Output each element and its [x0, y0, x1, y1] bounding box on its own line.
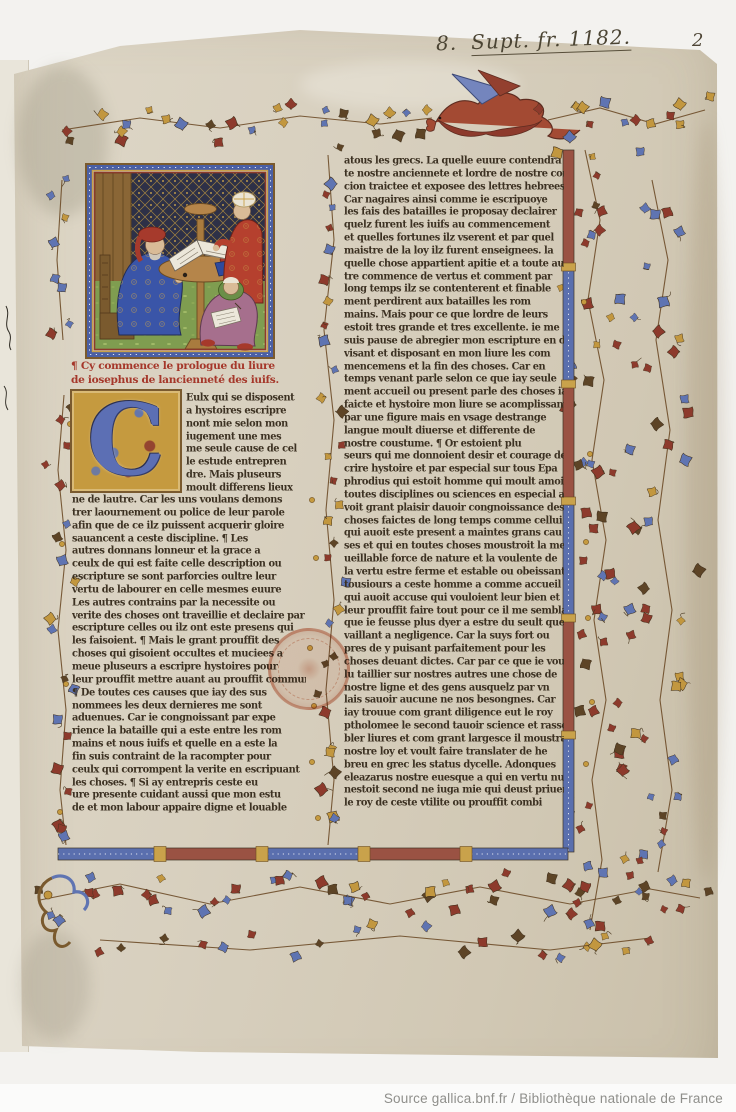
shelfmark-prefix: 8.	[436, 31, 458, 56]
manuscript-text-line: mains. Mais pour ce que lordre de leurs	[344, 309, 564, 322]
manuscript-text-line: fin suis contraint de la racompter pour	[72, 751, 306, 764]
folio-number: 2	[692, 30, 703, 51]
manuscript-text-line: voit grant plaisir dauoir congnoissance …	[344, 502, 564, 515]
manuscript-text-line: verite des choses ont traveillie et decl…	[72, 610, 306, 623]
manuscript-text-line: sauancent a ceste discipline. ¶ Les	[72, 533, 306, 546]
manuscript-text-line: iay trouue com grant diligence eut le ro…	[344, 707, 564, 720]
manuscript-text-line: faicte et hystoire mon liure se acomplis…	[344, 399, 564, 412]
manuscript-text-line: que ie feusse plus dyer a estre du seult…	[344, 617, 564, 630]
manuscript-text-line: ¶ Cy commence le prologue du liure	[71, 360, 311, 374]
manuscript-text-line: aduenues. Car ie congnoissant par expe	[72, 712, 306, 725]
manuscript-text-line: ceulx de qui est faite celle description…	[72, 558, 306, 571]
gallica-caption-bar: Source gallica.bnf.fr / Bibliothèque nat…	[0, 1084, 736, 1112]
manuscript-text-line: bler liures et com grant largesce il mou…	[344, 733, 564, 746]
manuscript-text-line: choses faictes de long temps comme cellu…	[344, 515, 564, 528]
manuscript-text-line: trer laournement ou police de leur parol…	[72, 507, 306, 520]
manuscript-text-line: rience la bataille qui a este entre les …	[72, 725, 306, 738]
manuscript-text-line: suis pause de abregier mon escripture en…	[344, 335, 564, 348]
manuscript-text-line: temps venant parle selon ce que iay seul…	[344, 373, 564, 386]
manuscript-text-line: lu taillier sur nostres autres une chose…	[344, 669, 564, 682]
manuscript-text-line: choses deuant dictes. Car par ce que ie …	[344, 656, 564, 669]
manuscript-text-line: estoit tres grande et tres excellente. i…	[344, 322, 564, 335]
manuscript-text-line: ment accueil ou present parle des choses…	[344, 386, 564, 399]
manuscript-text-line: les fais des batailles ie proposay decla…	[344, 206, 564, 219]
initial-letter: C	[72, 391, 180, 491]
manuscript-text-line: quelle chose appartient apitie et a tout…	[344, 258, 564, 271]
miniature-illustration	[85, 163, 275, 359]
manuscript-text-line: ne de lautre. Car les uns voulans demons	[72, 494, 306, 507]
manuscript-text-line: langue moult diuerse et differente de	[344, 425, 564, 438]
manuscript-text-line: ses et qui en toutes choses moustroit la…	[344, 540, 564, 553]
manuscript-scan: 8.Supt. fr. 1182. 2	[0, 0, 736, 1112]
text-column-right: atous les grecs. La quelle euure contend…	[344, 155, 564, 810]
manuscript-text-line: ¶ De toutes ces causes que iay des sus	[72, 687, 306, 700]
illuminated-initial: C	[70, 389, 182, 493]
manuscript-text-line: breu en grec les status dycelle. Adonque…	[344, 759, 564, 772]
manuscript-text-line: autres donnans lonneur et la grace a	[72, 545, 306, 558]
manuscript-text-line: la vertu estre ferme et estable ou obeis…	[344, 566, 564, 579]
manuscript-text-line: ment perdirent aux batailles les rom	[344, 296, 564, 309]
red-shoe	[201, 339, 215, 346]
manuscript-text-line: nostre loy et voult faire translater de …	[344, 746, 564, 759]
manuscript-text-line: maistre de la loy ilz furent enseignees.…	[344, 245, 564, 258]
manuscript-text-line: te nostre anciennete et lordre de nostre…	[344, 168, 564, 181]
manuscript-text-line: me seule cause de cel	[186, 443, 306, 456]
manuscript-text-line: dre. Mais pluseurs	[186, 469, 306, 482]
manuscript-text-line: cion traictee et exposee des lettres heb…	[344, 181, 564, 194]
manuscript-text-line: long temps ilz se contenterent et finabl…	[344, 283, 564, 296]
manuscript-text-line: vaillant a negligence. Car la suys fort …	[344, 630, 564, 643]
manuscript-text-line: pres de y puisant parfaitement pour les	[344, 643, 564, 656]
source-caption: Source gallica.bnf.fr / Bibliothèque nat…	[384, 1091, 723, 1106]
manuscript-text-line: Les autres contrains par la necessite ou	[72, 597, 306, 610]
manuscript-text-line: de et mon labour appaire digne et louabl…	[72, 802, 306, 815]
manuscript-text-line: nostre coustume. ¶ Or estoient plu	[344, 438, 564, 451]
shelfmark-inscription: 8.Supt. fr. 1182.	[436, 25, 632, 56]
manuscript-text-line: toutes disciplines ou sciences en especi…	[344, 489, 564, 502]
manuscript-text-line: nestoit second ne iuga mie qui deust pri…	[344, 784, 564, 797]
manuscript-text-line: le estude entrepren	[186, 456, 306, 469]
manuscript-text-line: Eulx qui se disposent	[186, 392, 306, 405]
manuscript-text-line: atous les grecs. La quelle euure contend…	[344, 155, 564, 168]
manuscript-text-line: par une figure mais en vsage destrange	[344, 412, 564, 425]
manuscript-text-line: ceulx qui corrompent la verite en escrip…	[72, 764, 306, 777]
manuscript-text-line: nommees les deux dernieres me sont	[72, 700, 306, 713]
manuscript-text-line: seurs qui me donnoient desir et courage …	[344, 450, 564, 463]
manuscript-text-line: le roy de ceste vtilite ou prouffit comb…	[344, 797, 564, 810]
manuscript-text-line: phrodius qui estoit homme qui moult amoi…	[344, 476, 564, 489]
manuscript-text-line: crire hystoire et par especial sur tous …	[344, 463, 564, 476]
manuscript-text-line: visant et disposant en mon liure les com	[344, 348, 564, 361]
manuscript-text-line: afin que de ce ilz puissent acquerir glo…	[72, 520, 306, 533]
manuscript-text-line: leur prouffit faire tout pour ce il me s…	[344, 605, 564, 618]
manuscript-text-line: ptholomee le second tauoir science et ra…	[344, 720, 564, 733]
manuscript-text-line: qui auoit este present a maintes grans c…	[344, 527, 564, 540]
manuscript-text-line: escripture celles ou ilz ont este presen…	[72, 622, 306, 635]
manuscript-text-line: mains et nous iuifs et quelle en a este …	[72, 738, 306, 751]
manuscript-text-line: tousiours a ceste homme a comme accueil	[344, 579, 564, 592]
manuscript-text-line: vertu de labourer en celle mesmes euure	[72, 584, 306, 597]
shelfmark-text: Supt. fr. 1182.	[471, 25, 632, 57]
manuscript-text-line: Car nagaires ainsi comme ie escripuoye	[344, 194, 564, 207]
manuscript-text-line: quelz furent les iuifs au commencement	[344, 219, 564, 232]
manuscript-text-line: nostre ligne et des gens ausquelz par vn	[344, 682, 564, 695]
manuscript-text-line: mencemens et la fin des choses. Car en	[344, 361, 564, 374]
manuscript-text-line: lais sauoir aucune ne nos besongnes. Car	[344, 694, 564, 707]
manuscript-text-line: les choses. ¶ Si ay entrepris ceste eu	[72, 777, 306, 790]
text-column-left-beside-initial: Eulx qui se disposenta hystoires escripr…	[186, 392, 306, 495]
manuscript-text-line: eleazarus nostre euesque a qui en vertu …	[344, 772, 564, 785]
manuscript-text-line: escripture se sont parforcies oultre leu…	[72, 571, 306, 584]
manuscript-text-line: les faisoient. ¶ Mais le grant prouffit …	[72, 635, 306, 648]
manuscript-text-line: nont mie selon mon	[186, 418, 306, 431]
manuscript-text-line: ure presente cuidant aussi que mon estu	[72, 789, 306, 802]
manuscript-text-line: ueillable force de nature et la voulente…	[344, 553, 564, 566]
manuscript-text-line: iugement une mes	[186, 431, 306, 444]
manuscript-text-line: tre commence de vertus et comment par	[344, 271, 564, 284]
manuscript-text-line: qui auoit accuse qui vouloient leur bien…	[344, 592, 564, 605]
manuscript-text-line: a hystoires escripre	[186, 405, 306, 418]
manuscript-text-line: et quelles fortunes ilz vserent et par q…	[344, 232, 564, 245]
